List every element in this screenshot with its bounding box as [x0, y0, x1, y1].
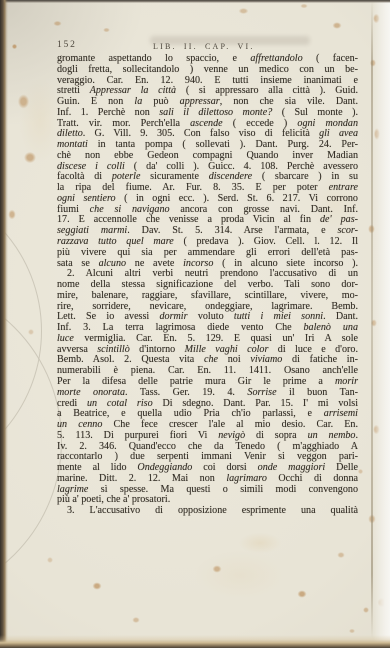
foxing-spot: [237, 7, 250, 15]
text-line: 3. L'accusativo di opposizione espriment…: [57, 506, 358, 517]
foxing-spot: [22, 150, 38, 165]
text-line: 5. 113. Di purpurei fiori Vi nevigò di s…: [57, 431, 358, 442]
text-line: mire, balenare, raggiare, sfavillare, sc…: [57, 291, 358, 302]
spine-shadow: [0, 0, 8, 648]
top-edge-line: [0, 0, 390, 3]
page-header: 152 LIB. II. CAP. VI.: [57, 40, 358, 53]
foxing-spot: [27, 328, 35, 336]
foxing-spot: [296, 589, 308, 599]
foxing-spot: [131, 616, 141, 624]
foxing-spot: [348, 628, 356, 634]
body-text: gromante aspettando lo spaccio, e affret…: [57, 54, 358, 517]
foxing-spot: [16, 92, 31, 111]
foxing-spot: [331, 21, 343, 30]
bottom-edge: [0, 635, 390, 648]
foxing-spot: [336, 551, 346, 559]
text-line: marine. Ditt. 2. 12. Mai non lagrimaro O…: [57, 474, 358, 485]
text-line: dogli fretta, sollecitandolo ) venne un …: [57, 65, 358, 76]
foxing-spot: [299, 3, 309, 9]
foxing-spot: [91, 581, 103, 591]
foxing-spot: [11, 43, 18, 50]
running-head: LIB. II. CAP. VI.: [153, 42, 255, 51]
page-number: 152: [57, 40, 77, 50]
foxing-spot: [52, 20, 63, 27]
foxing-spot: [102, 27, 111, 33]
foxing-spot: [46, 556, 54, 564]
stain-wash: [175, 540, 305, 610]
right-page-edge: [373, 0, 390, 648]
foxing-spot: [7, 208, 17, 221]
foxing-spot: [357, 468, 364, 475]
foxing-spot: [362, 606, 370, 614]
foxing-spot: [211, 564, 223, 574]
book-page-scan: 152 LIB. II. CAP. VI. gromante aspettand…: [0, 0, 390, 648]
